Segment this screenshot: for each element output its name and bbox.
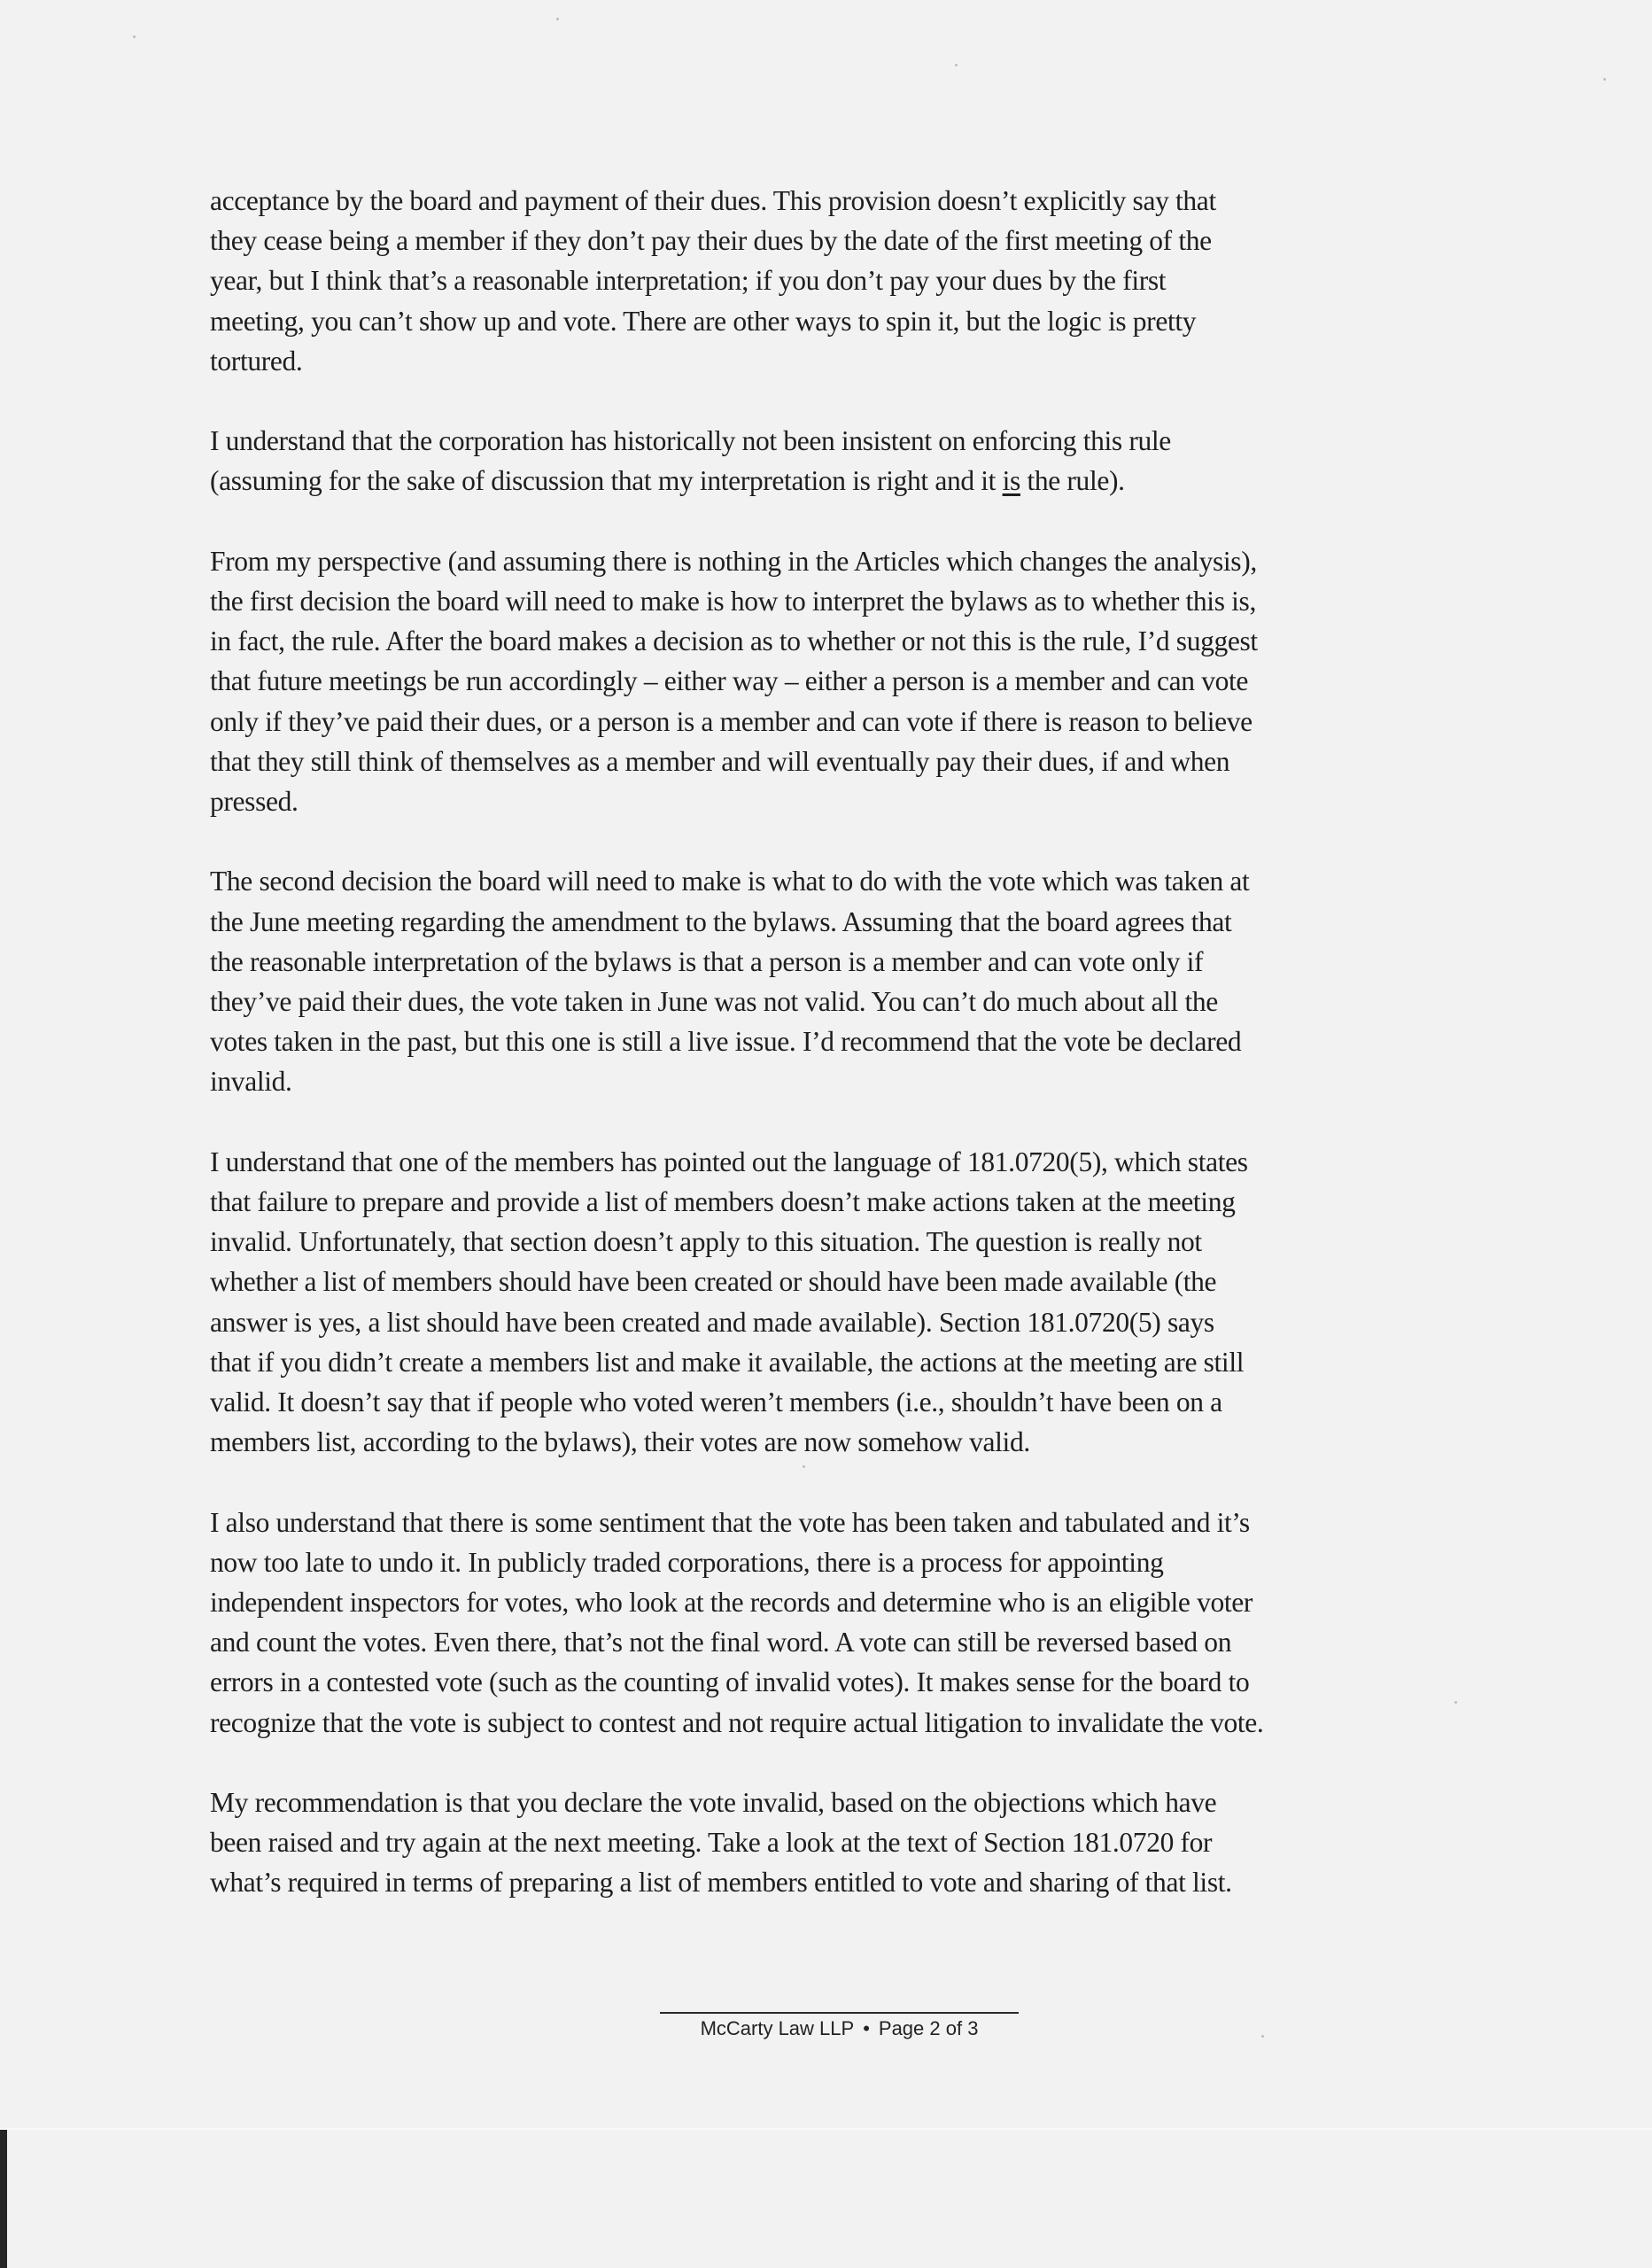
line: the reasonable interpretation of the byl… <box>210 946 1203 977</box>
line: valid. It doesn’t say that if people who… <box>210 1386 1222 1417</box>
line: tortured. <box>210 346 302 377</box>
line: invalid. Unfortunately, that section doe… <box>210 1226 1202 1257</box>
scan-speck <box>1454 1701 1457 1704</box>
paragraph-second-decision: The second decision the board will need … <box>210 861 1485 1101</box>
paragraph-historical-enforcement: I understand that the corporation has hi… <box>210 421 1485 501</box>
underlined-emphasis: is <box>1003 465 1020 496</box>
footer-firm-name: McCarty Law LLP <box>701 2017 855 2039</box>
scan-speck <box>1261 2035 1264 2038</box>
paragraph-first-decision: From my perspective (and assuming there … <box>210 541 1485 821</box>
scan-artifact-dark-edge <box>0 2130 7 2268</box>
line: been raised and try again at the next me… <box>210 1827 1212 1858</box>
scan-speck <box>133 35 136 38</box>
line: and count the votes. Even there, that’s … <box>210 1627 1231 1658</box>
scanned-letter-page: acceptance by the board and payment of t… <box>0 0 1652 2268</box>
line: whether a list of members should have be… <box>210 1266 1216 1297</box>
scan-artifact-line <box>0 2128 1652 2130</box>
line: the June meeting regarding the amendment… <box>210 906 1231 937</box>
letter-body: acceptance by the board and payment of t… <box>210 181 1485 1943</box>
line: year, but I think that’s a reasonable in… <box>210 265 1166 296</box>
line: the first decision the board will need t… <box>210 586 1256 617</box>
line: votes taken in the past, but this one is… <box>210 1026 1241 1057</box>
line: that if you didn’t create a members list… <box>210 1347 1244 1378</box>
paragraph-too-late-sentiment: I also understand that there is some sen… <box>210 1503 1485 1743</box>
line: what’s required in terms of preparing a … <box>210 1867 1232 1898</box>
line: they’ve paid their dues, the vote taken … <box>210 986 1218 1017</box>
line: I understand that one of the members has… <box>210 1146 1248 1177</box>
line: in fact, the rule. After the board makes… <box>210 625 1258 656</box>
line: pressed. <box>210 786 299 817</box>
bullet-separator-icon: • <box>863 2017 870 2040</box>
line: acceptance by the board and payment of t… <box>210 185 1216 216</box>
line: that failure to prepare and provide a li… <box>210 1186 1236 1217</box>
paragraph-recommendation: My recommendation is that you declare th… <box>210 1783 1485 1903</box>
line: recognize that the vote is subject to co… <box>210 1707 1263 1738</box>
line: (assuming for the sake of discussion tha… <box>210 465 1125 496</box>
line: From my perspective (and assuming there … <box>210 546 1257 577</box>
line: now too late to undo it. In publicly tra… <box>210 1547 1164 1578</box>
line: independent inspectors for votes, who lo… <box>210 1587 1253 1618</box>
line: members list, according to the bylaws), … <box>210 1426 1030 1457</box>
line-text: (assuming for the sake of discussion tha… <box>210 465 1003 496</box>
line: errors in a contested vote (such as the … <box>210 1666 1249 1697</box>
line: I also understand that there is some sen… <box>210 1507 1250 1538</box>
scan-speck <box>803 1465 805 1468</box>
line: that they still think of themselves as a… <box>210 746 1229 777</box>
line: My recommendation is that you declare th… <box>210 1787 1216 1818</box>
line: they cease being a member if they don’t … <box>210 225 1212 256</box>
line: answer is yes, a list should have been c… <box>210 1307 1214 1338</box>
line: The second decision the board will need … <box>210 866 1249 897</box>
footer-page-number: Page 2 of 3 <box>879 2017 979 2039</box>
line: invalid. <box>210 1066 292 1097</box>
line: meeting, you can’t show up and vote. The… <box>210 306 1196 337</box>
scan-speck <box>955 64 958 66</box>
line-text: the rule). <box>1020 465 1125 496</box>
page-footer: McCarty Law LLP•Page 2 of 3 <box>660 2012 1019 2040</box>
line: I understand that the corporation has hi… <box>210 425 1171 456</box>
scan-speck <box>1603 78 1606 81</box>
line: only if they’ve paid their dues, or a pe… <box>210 706 1253 737</box>
paragraph-section-181-0720: I understand that one of the members has… <box>210 1142 1485 1463</box>
scan-speck <box>556 18 559 20</box>
line: that future meetings be run accordingly … <box>210 665 1248 696</box>
paragraph-dues-interpretation: acceptance by the board and payment of t… <box>210 181 1485 381</box>
